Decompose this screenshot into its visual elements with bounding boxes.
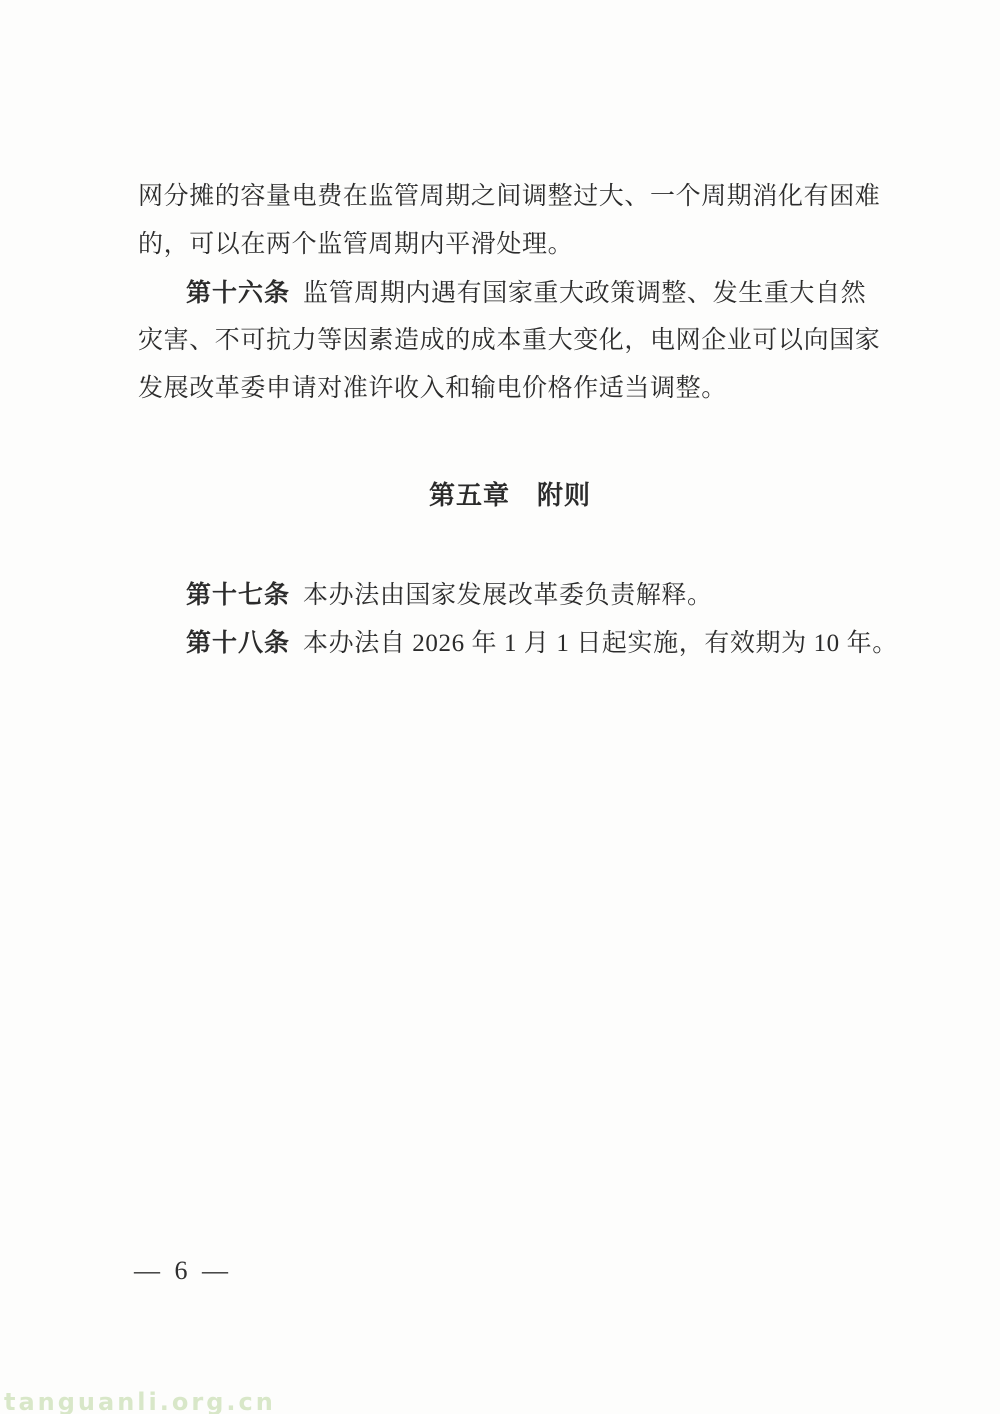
article-16-line-2: 灾害、不可抗力等因素造成的成本重大变化，电网企业可以向国家 — [138, 317, 882, 365]
article-17-label: 第十七条 — [186, 581, 290, 609]
article-18-line: 第十八条本办法自 2026 年 1 月 1 日起实施，有效期为 10 年。 — [138, 619, 882, 667]
article-17-line: 第十七条本办法由国家发展改革委负责解释。 — [138, 571, 882, 619]
article-16-line-3: 发展改革委申请对准许收入和输电价格作适当调整。 — [138, 365, 882, 413]
chapter-heading: 第五章 附则 — [138, 471, 882, 519]
article-18-label: 第十八条 — [186, 629, 290, 657]
document-page: 网分摊的容量电费在监管周期之间调整过大、一个周期消化有困难 的，可以在两个监管周… — [0, 0, 1000, 1414]
article-16-label: 第十六条 — [186, 279, 290, 307]
continuation-line-1: 网分摊的容量电费在监管周期之间调整过大、一个周期消化有困难 — [138, 173, 882, 221]
page-number: — 6 — — [134, 1256, 232, 1286]
article-16-line-1: 第十六条监管周期内遇有国家重大政策调整、发生重大自然 — [138, 269, 882, 317]
document-body: 网分摊的容量电费在监管周期之间调整过大、一个周期消化有困难 的，可以在两个监管周… — [138, 173, 882, 667]
continuation-line-2: 的，可以在两个监管周期内平滑处理。 — [138, 221, 882, 269]
article-17-text: 本办法由国家发展改革委负责解释。 — [303, 582, 713, 609]
watermark: tanguanli.org.cn — [4, 1388, 276, 1414]
article-16-text-1: 监管周期内遇有国家重大政策调整、发生重大自然 — [303, 280, 866, 307]
article-18-text: 本办法自 2026 年 1 月 1 日起实施，有效期为 10 年。 — [303, 630, 898, 657]
